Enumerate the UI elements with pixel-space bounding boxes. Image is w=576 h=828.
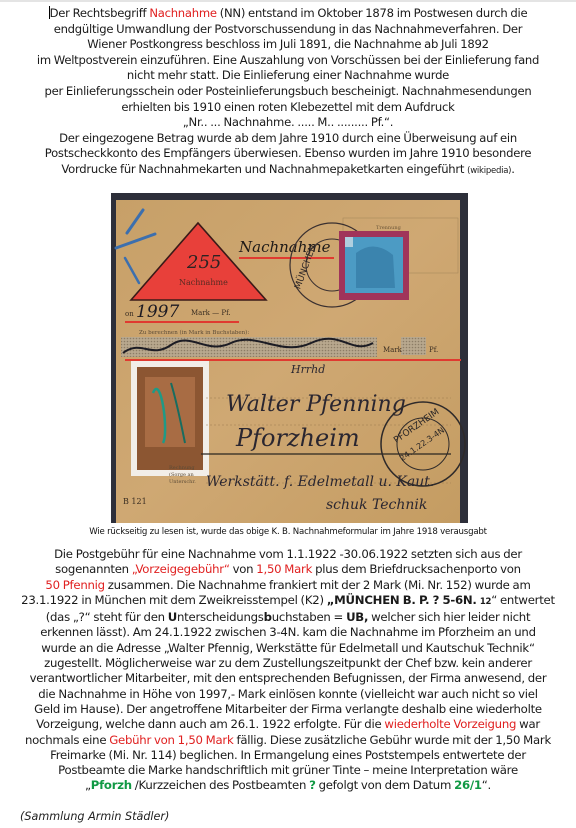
- postage-amount: 50 Pfennig: [45, 578, 104, 592]
- intro-line: nicht mehr statt. Die Einlieferung einer…: [0, 68, 576, 84]
- top-border: [0, 0, 576, 2]
- body-line: zugestellt. Möglicherweise war zu dem Zu…: [0, 656, 576, 671]
- svg-text:Pf.: Pf.: [429, 346, 438, 354]
- body-line: Die Postgebühr für eine Nachnahme vom 1.…: [0, 547, 576, 562]
- collection-credit: (Sammlung Armin Städler): [20, 810, 169, 823]
- term-wiederholte-vorzeigung: wiederholte Vorzeigung: [384, 717, 516, 731]
- body-line: erkennen lässt). Am 24.1.1922 zwischen 3…: [0, 625, 576, 640]
- svg-text:on: on: [125, 310, 134, 318]
- intro-paragraph: Der Rechtsbegriff Nachnahme (NN) entstan…: [0, 6, 576, 180]
- svg-text:Hrrhd: Hrrhd: [290, 363, 325, 376]
- svg-text:Trennung: Trennung: [376, 225, 402, 231]
- body-line: Vorzeigung, welche dann auch am 26.1. 19…: [0, 717, 576, 732]
- body-line: Postbeamte die Marke handschriftlich mit…: [0, 763, 576, 778]
- svg-text:Mark: Mark: [383, 346, 403, 354]
- handwritten-pforzh: Pforzh: [91, 778, 132, 792]
- svg-text:Nachnahme: Nachnahme: [179, 278, 228, 287]
- term-vorzeigegebuehr: „Vorzeigegebühr“: [132, 562, 230, 576]
- body-line: 50 Pfennig zusammen. Die Nachnahme frank…: [0, 578, 576, 593]
- intro-line: Wiener Postkongress beschloss im Juli 18…: [0, 37, 576, 53]
- body-line: wurde an die Adresse „Walter Pfennig, We…: [0, 641, 576, 656]
- addressee: Walter Pfenning: [226, 392, 406, 417]
- second-fee: Gebühr von 1,50 Mark: [109, 733, 233, 747]
- postcard-photo: Trennung ode (Br. B. oder N. B. 255 Nach…: [111, 193, 468, 523]
- intro-line: per Einlieferungsschein oder Posteinlief…: [0, 84, 576, 100]
- body-line: verantwortlicher Mitarbeiter, mit den en…: [0, 671, 576, 686]
- body-line: nochmals eine Gebühr von 1,50 Mark fälli…: [0, 733, 576, 748]
- body-paragraph: Die Postgebühr für eine Nachnahme vom 1.…: [0, 547, 576, 794]
- body-line: 23.1.1922 in München mit dem Zweikreisst…: [0, 593, 576, 610]
- svg-text:Unterschr.: Unterschr.: [169, 479, 196, 485]
- label-number: 255: [186, 252, 221, 273]
- term-nachnahme: Nachnahme: [149, 6, 216, 20]
- intro-line: Postscheckkonto des Empfängers überwiese…: [0, 146, 576, 162]
- body-line: Freimarke (Mi. Nr. 114) beglichen. In Er…: [0, 748, 576, 763]
- image-caption: Wie rückseitig zu lesen ist, wurde das o…: [0, 527, 576, 537]
- intro-line: Der Rechtsbegriff Nachnahme (NN) entstan…: [0, 6, 576, 22]
- svg-text:Werkstätt. f. Edelmetall u. Ka: Werkstätt. f. Edelmetall u. Kaut.: [206, 474, 434, 490]
- svg-text:Mark — Pf.: Mark — Pf.: [191, 309, 231, 317]
- postmark-text: „MÜNCHEN B. P. ? 5-6N.: [327, 593, 480, 607]
- form-number: B 121: [123, 497, 147, 506]
- intro-line: „Nr.. ... Nachnahme. ..... M.. .........…: [0, 115, 576, 131]
- source-wikipedia: (wikipedia): [467, 166, 511, 176]
- amount: 1997: [136, 302, 179, 322]
- body-line: die Nachnahme in Höhe von 1997,- Mark ei…: [0, 687, 576, 702]
- intro-line: im Weltpostverein einzuführen. Eine Ausz…: [0, 53, 576, 69]
- intro-line: Der eingezogene Betrag wurde ab dem Jahr…: [0, 131, 576, 147]
- intro-line: endgültige Umwandlung der Postvorschusse…: [0, 22, 576, 38]
- svg-text:Zu berechnen (in Mark in Buchs: Zu berechnen (in Mark in Buchstaben):: [139, 329, 249, 336]
- svg-text:(Sorge an: (Sorge an: [169, 471, 195, 478]
- intro-line: Vordrucke für Nachnahmekarten und Nachna…: [0, 162, 576, 180]
- fee-amount: 1,50 Mark: [256, 562, 312, 576]
- body-line: Geld im Hause). Der angetroffene Mitarbe…: [0, 702, 576, 717]
- body-line: „Pforzh /Kurzzeichen des Postbeamten ? g…: [0, 778, 576, 793]
- city: Pforzheim: [235, 424, 360, 452]
- body-line: (das „?“ steht für den Unterscheidungsbu…: [0, 610, 576, 625]
- svg-text:Rechnung: Rechnung: [169, 465, 195, 471]
- handwritten-date: 26/1: [454, 778, 482, 792]
- body-line: sogenannten „Vorzeigegebühr“ von 1,50 Ma…: [0, 562, 576, 577]
- intro-line: erhielten bis 1910 einen roten Klebezett…: [0, 100, 576, 116]
- svg-text:schuk Technik: schuk Technik: [326, 497, 427, 513]
